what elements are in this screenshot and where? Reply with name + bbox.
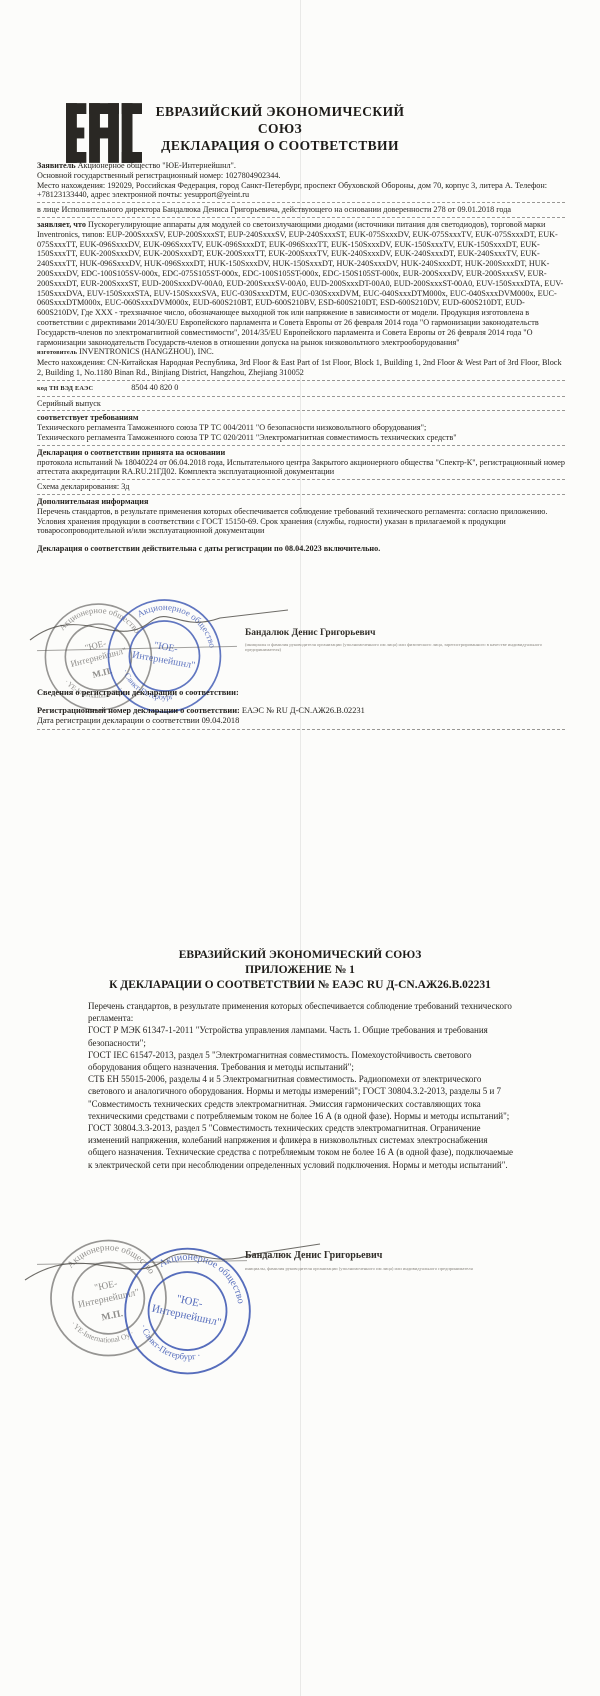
registration-number-line: Регистрационный номер декларации о соотв… xyxy=(37,706,565,717)
page2-title: ЕВРАЗИЙСКИЙ ЭКОНОМИЧЕСКИЙ СОЮЗ ПРИЛОЖЕНИ… xyxy=(60,948,540,993)
additional-heading: Дополнительная информация xyxy=(37,497,565,507)
company-stamp-black: Акционерное общество · YE-International … xyxy=(33,1222,186,1379)
signer-name: Бандалюк Денис Григорьевич xyxy=(245,628,376,638)
separator xyxy=(37,379,565,381)
regulation-1: Технического регламента Таможенного союз… xyxy=(37,423,565,433)
svg-text:Акционерное общество: Акционерное общество xyxy=(54,595,143,653)
separator xyxy=(37,216,565,218)
union-title-line1: ЕВРАЗИЙСКИЙ ЭКОНОМИЧЕСКИЙ xyxy=(60,103,500,120)
separator xyxy=(37,493,565,495)
serial-line: Серийный выпуск xyxy=(37,399,565,409)
separator xyxy=(37,478,565,480)
basis-text: протокола испытаний № 18040224 от 06.04.… xyxy=(37,458,565,478)
svg-text:· YE-International Oy ·: · YE-International Oy · xyxy=(68,1308,136,1353)
signature-stroke xyxy=(20,592,300,662)
stamp-center-text: Интернейшнл" xyxy=(77,1287,140,1311)
manufacturer-address: Место нахождения: CN-Китайская Народная … xyxy=(37,358,565,378)
standard-1: ГОСТ Р МЭК 61347-1-2011 "Устройства упра… xyxy=(88,1024,516,1048)
registration-heading: Сведения о регистрации декларации о соот… xyxy=(37,688,565,699)
page1-title: ЕВРАЗИЙСКИЙ ЭКОНОМИЧЕСКИЙ СОЮЗ ДЕКЛАРАЦИ… xyxy=(60,103,500,154)
stamp-ring-text: Акционерное общество xyxy=(131,596,224,650)
stamp-ring-text: Акционерное общество xyxy=(54,595,143,653)
signature-line xyxy=(37,1260,247,1265)
signature-stroke xyxy=(15,1228,335,1298)
manufacturer-line: изготовитель INVENTRONICS (HANGZHOU), IN… xyxy=(37,347,565,358)
svg-text:Акционерное общество: Акционерное общество xyxy=(63,1232,158,1292)
signer-name: Бандалюк Денис Григорьевич xyxy=(245,1250,382,1261)
tnved-line: код ТН ВЭД ЕАЭС8504 40 820 0 xyxy=(37,383,565,394)
stamp-center-text: Интернейшнл" xyxy=(69,645,127,669)
standard-4: ГОСТ 30804.3.3-2013, раздел 5 "Совместим… xyxy=(88,1122,516,1171)
scheme-line: Схема декларирования: 3д xyxy=(37,482,565,492)
stamp-center-text: Интернейшнл" xyxy=(131,650,196,672)
validity-line: Декларация о соответствии действительна … xyxy=(37,544,565,554)
registration-date-line: Дата регистрации декларации о соответств… xyxy=(37,716,565,727)
separator xyxy=(37,201,565,203)
svg-text:Акционерное общество: Акционерное общество xyxy=(131,596,224,650)
annex-title: ПРИЛОЖЕНИЕ № 1 xyxy=(60,963,540,978)
represented-by: в лице Исполнительного директора Бандалю… xyxy=(37,205,565,215)
declaration-title: ДЕКЛАРАЦИЯ О СООТВЕТСТВИИ xyxy=(60,137,500,154)
registration-info: Сведения о регистрации декларации о соот… xyxy=(37,688,565,732)
standards-intro: Перечень стандартов, в результате примен… xyxy=(88,1000,516,1024)
mp-seal-label: М.П. xyxy=(91,665,113,680)
stamp-center-text: Интернейшнл" xyxy=(151,1303,223,1329)
stamp-center-text: "ЮЕ- xyxy=(153,640,178,655)
separator xyxy=(37,444,565,446)
mp-seal-label: М.П. xyxy=(101,1308,125,1323)
stamp-ring-text: · YE-International Oy · xyxy=(68,1308,136,1353)
separator xyxy=(37,395,565,397)
stamp-ring-text: · Санкт-Петербург · xyxy=(133,1321,206,1365)
svg-text:· Санкт-Петербург ·: · Санкт-Петербург · xyxy=(133,1321,206,1365)
complies-heading: соответствует требованиям xyxy=(37,413,565,423)
signer-note: инициалы, фамилия руководителя организац… xyxy=(245,1266,545,1271)
union-title: ЕВРАЗИЙСКИЙ ЭКОНОМИЧЕСКИЙ СОЮЗ xyxy=(60,948,540,963)
standard-3: СТБ ЕН 55015-2006, разделы 4 и 5 Электро… xyxy=(88,1073,516,1122)
signature-line xyxy=(37,646,237,651)
additional-text: Перечень стандартов, в результате примен… xyxy=(37,507,565,536)
annex-declaration-ref: К ДЕКЛАРАЦИИ О СООТВЕТСТВИИ № ЕАЭС RU Д-… xyxy=(60,978,540,993)
svg-text:Акционерное общество: Акционерное общество xyxy=(152,1245,255,1307)
signer-note: (инициалы и фамилия руководителя организ… xyxy=(245,642,545,653)
regulation-2: Технического регламента Таможенного союз… xyxy=(37,433,565,443)
stamp-ring-text: Акционерное общество xyxy=(63,1232,158,1292)
page2-body: Перечень стандартов, в результате примен… xyxy=(88,1000,516,1171)
scanned-declaration-document: { "page1": { "header_line1": "ЕВРАЗИЙСКИ… xyxy=(0,0,600,1696)
stamp-ring-text: Акционерное общество xyxy=(152,1245,255,1307)
separator xyxy=(37,409,565,411)
ogrn-line: Основной государственный регистрационный… xyxy=(37,171,565,181)
standard-2: ГОСТ IEC 61547-2013, раздел 5 "Электрома… xyxy=(88,1049,516,1073)
company-stamp-blue: Акционерное общество · Санкт-Петербург ·… xyxy=(105,1229,270,1398)
basis-heading: Декларация о соответствии принята на осн… xyxy=(37,448,565,458)
separator xyxy=(37,728,565,730)
union-title-line2: СОЮЗ xyxy=(60,120,500,137)
stamp-center-text: "ЮЕ- xyxy=(175,1293,204,1310)
declares-products: заявляет, что Пускорегулирующие аппараты… xyxy=(37,220,565,347)
stamp-center-text: "ЮЕ- xyxy=(93,1278,118,1294)
page1-body: Заявитель Акционерное общество "ЮЕ-Интер… xyxy=(37,161,565,554)
page2-signature-block: Акционерное общество · YE-International … xyxy=(0,1228,600,1408)
applicant-address: Место нахождения: 192029, Российская Фед… xyxy=(37,181,565,201)
stamp-center-text: "ЮЕ- xyxy=(84,638,107,653)
applicant-line: Заявитель Акционерное общество "ЮЕ-Интер… xyxy=(37,161,565,171)
